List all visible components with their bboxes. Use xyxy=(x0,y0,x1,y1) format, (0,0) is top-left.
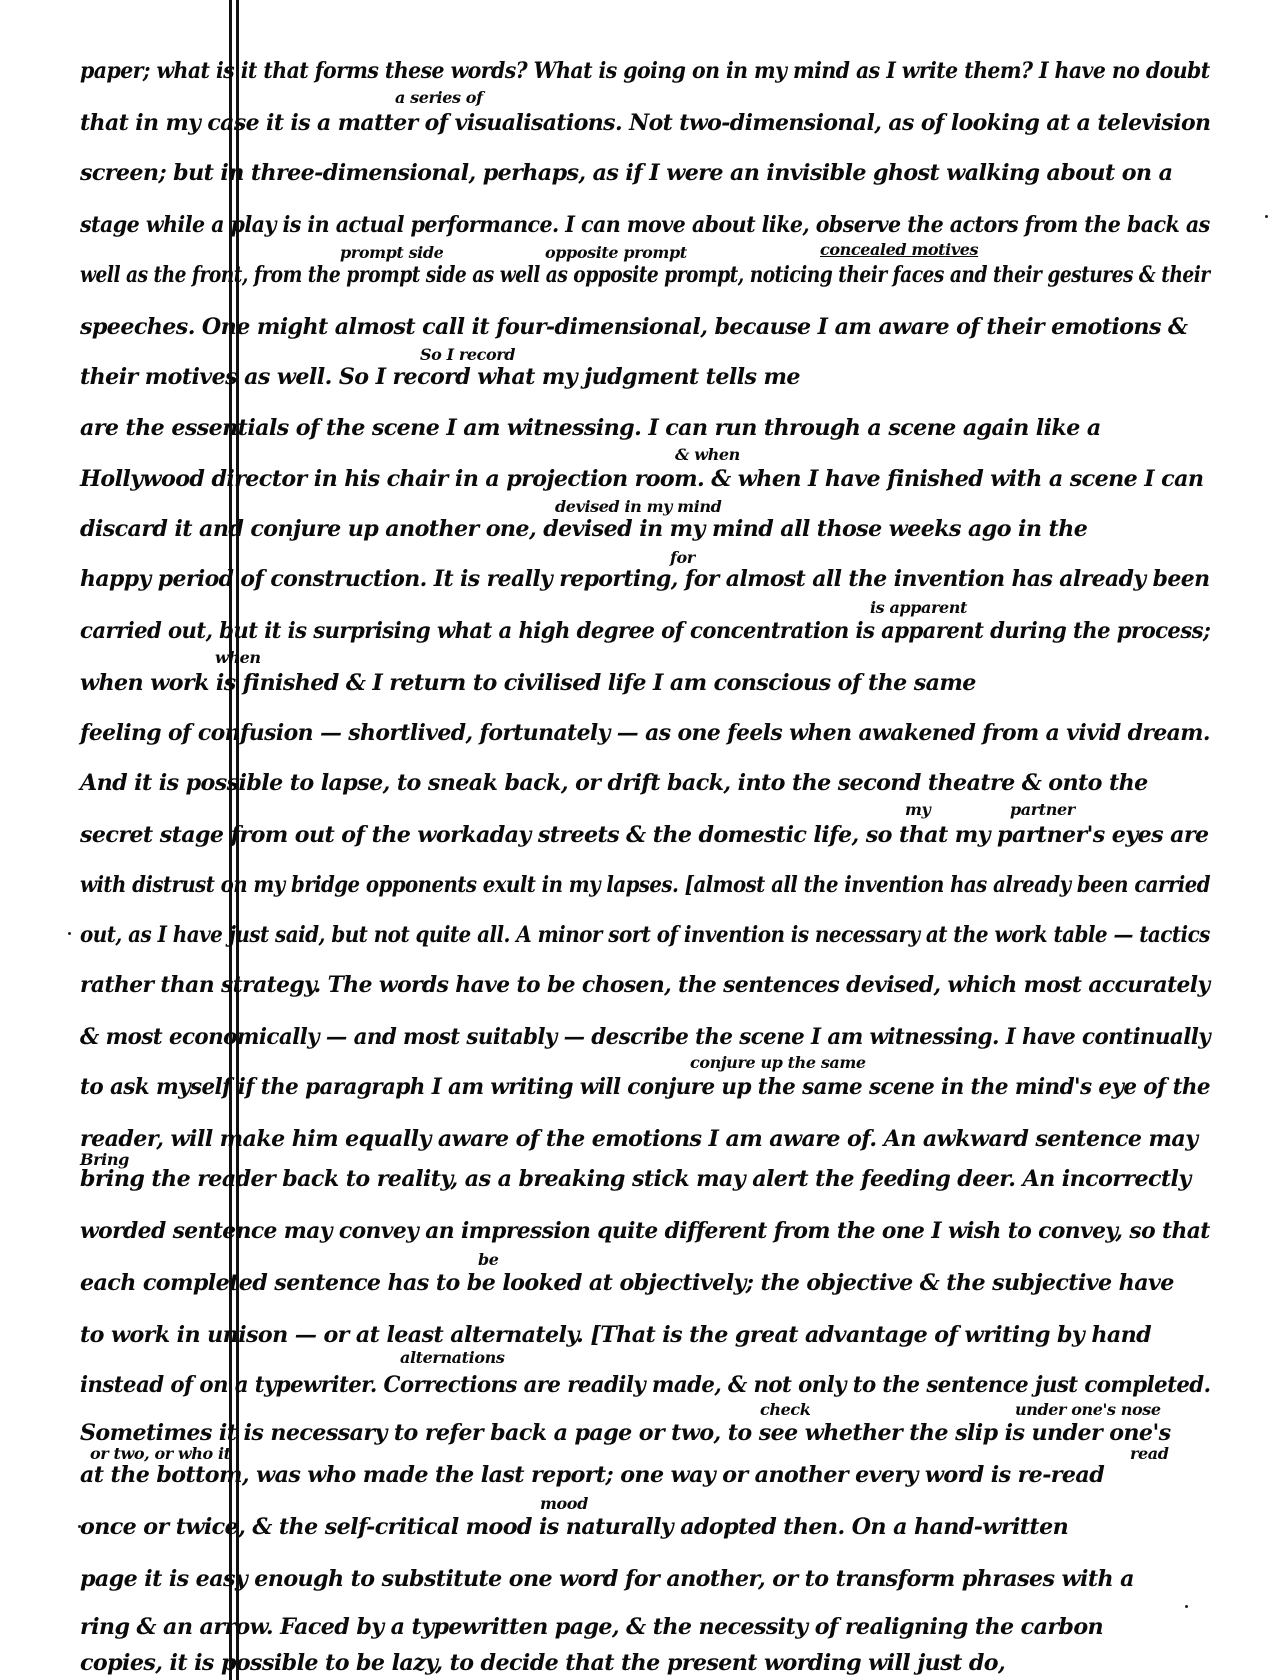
manuscript-line: speeches. One might almost call it four-… xyxy=(80,314,1210,340)
insertion: under one's nose xyxy=(1015,1400,1161,1419)
manuscript-line: ring & an arrow. Faced by a typewritten … xyxy=(80,1614,1210,1640)
manuscript-line: out, as I have just said, but not quite … xyxy=(80,922,1095,948)
insertion: partner xyxy=(1010,800,1075,819)
manuscript-line: when work is finished & I return to civi… xyxy=(80,670,1210,696)
manuscript-line: happy period of construction. It is real… xyxy=(80,566,1198,592)
manuscript-line: once or twice, & the self-critical mood … xyxy=(80,1514,1210,1540)
manuscript-line: copies, it is possible to be lazy, to de… xyxy=(80,1650,1210,1676)
insertion: be xyxy=(478,1250,499,1269)
manuscript-line: worded sentence may convey an impression… xyxy=(80,1218,1190,1244)
insertion: conjure up the same xyxy=(690,1053,866,1072)
insertion: opposite prompt xyxy=(545,243,687,262)
manuscript-line: screen; but in three-dimensional, perhap… xyxy=(80,160,1210,186)
manuscript-page: paper; what is it that forms these words… xyxy=(0,0,1276,1680)
insertion: & when xyxy=(675,445,740,464)
manuscript-line: carried out, but it is surprising what a… xyxy=(80,618,1158,644)
manuscript-line: with distrust on my bridge opponents exu… xyxy=(80,872,1084,898)
insertion: is apparent xyxy=(870,598,967,617)
insertion: a series of xyxy=(395,88,483,107)
insertion: when xyxy=(215,648,261,667)
manuscript-line: page it is easy enough to substitute one… xyxy=(80,1566,1210,1592)
insertion: for xyxy=(670,548,695,567)
manuscript-line: feeling of confusion — shortlived, fortu… xyxy=(80,720,1195,746)
manuscript-line: secret stage from out of the workaday st… xyxy=(80,822,1210,848)
insertion: alternations xyxy=(400,1348,504,1367)
manuscript-line: And it is possible to lapse, to sneak ba… xyxy=(80,770,1210,796)
insertion: mood xyxy=(540,1494,588,1513)
insertion: So I record xyxy=(420,345,515,364)
insertion: read xyxy=(1130,1444,1169,1463)
manuscript-line: their motives as well. So I record what … xyxy=(80,364,1210,390)
insertion: or two, or who it xyxy=(90,1444,231,1463)
manuscript-line: stage while a play is in actual performa… xyxy=(80,212,1129,238)
scan-speck xyxy=(1265,215,1268,218)
manuscript-line: Sometimes it is necessary to refer back … xyxy=(80,1420,1210,1446)
manuscript-line: well as the front, from the prompt side … xyxy=(80,262,1029,288)
manuscript-line: reader, will make him equally aware of t… xyxy=(80,1126,1210,1152)
manuscript-line: & most economically — and most suitably … xyxy=(80,1024,1169,1050)
manuscript-line: that in my case it is a matter of visual… xyxy=(80,110,1200,136)
manuscript-line: Hollywood director in his chair in a pro… xyxy=(80,466,1210,492)
insertion: devised in my mind xyxy=(555,497,721,516)
manuscript-line: bring the reader back to reality, as a b… xyxy=(80,1166,1210,1192)
manuscript-line: discard it and conjure up another one, d… xyxy=(80,516,1210,542)
insertion: check xyxy=(760,1400,810,1419)
manuscript-line: each completed sentence has to be looked… xyxy=(80,1270,1210,1296)
manuscript-line: at the bottom, was who made the last rep… xyxy=(80,1462,1210,1488)
manuscript-line: paper; what is it that forms these words… xyxy=(80,58,1122,84)
insertion: Bring xyxy=(80,1150,129,1169)
insertion: prompt side xyxy=(340,243,443,262)
insertion: my xyxy=(905,800,930,819)
scan-speck xyxy=(1185,1605,1188,1608)
manuscript-line: to ask myself if the paragraph I am writ… xyxy=(80,1074,1173,1100)
scan-speck xyxy=(68,932,71,935)
manuscript-line: are the essentials of the scene I am wit… xyxy=(80,415,1210,441)
manuscript-line: instead of on a typewriter. Corrections … xyxy=(80,1372,1164,1398)
manuscript-line: rather than strategy. The words have to … xyxy=(80,972,1191,998)
insertion: concealed motives xyxy=(820,240,978,259)
scan-speck xyxy=(78,1525,81,1528)
manuscript-line: to work in unison — or at least alternat… xyxy=(80,1322,1210,1348)
